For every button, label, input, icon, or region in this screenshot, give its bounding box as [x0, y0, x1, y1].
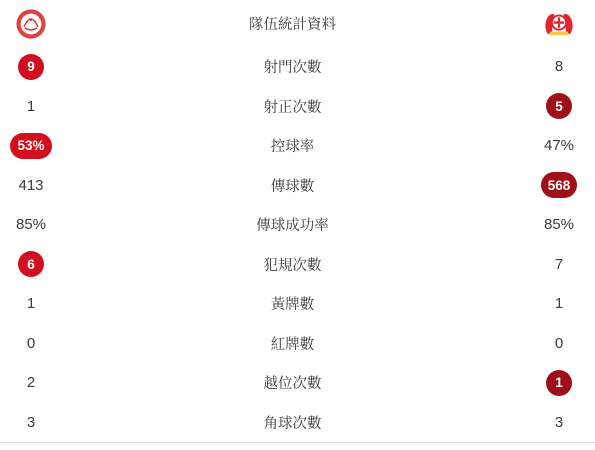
stat-row-passes: 413 傳球數 568 — [0, 166, 595, 206]
stat-label: 射門次數 — [264, 56, 322, 77]
away-value: 3 — [555, 414, 563, 431]
away-team-cell — [523, 8, 595, 39]
home-value: 85% — [16, 216, 46, 233]
away-value: 1 — [546, 370, 572, 396]
home-value: 6 — [18, 251, 44, 277]
away-value: 8 — [555, 58, 563, 75]
stat-label: 傳球成功率 — [256, 214, 329, 235]
stat-label: 射正次數 — [264, 96, 322, 117]
stat-label: 越位次數 — [264, 372, 322, 393]
olympiacos-crest-icon — [15, 8, 47, 40]
stat-row-pass-accuracy: 85% 傳球成功率 85% — [0, 205, 595, 245]
team-stats-widget: 隊伍統計資料 9 射門次數 8 1 射正次數 5 — [0, 0, 595, 450]
stat-label: 控球率 — [271, 135, 315, 156]
stat-row-offsides: 2 越位次數 1 — [0, 363, 595, 403]
leverkusen-crest-icon — [541, 8, 577, 39]
stat-label: 傳球數 — [271, 175, 315, 196]
away-value: 1 — [555, 295, 563, 312]
home-value: 1 — [27, 98, 35, 115]
stats-rows: 9 射門次數 8 1 射正次數 5 53% 控球率 47% 413 傳球數 56… — [0, 47, 595, 442]
stat-row-shots: 9 射門次數 8 — [0, 47, 595, 87]
bottom-divider — [0, 442, 595, 443]
stat-label: 角球次數 — [264, 412, 322, 433]
home-value: 2 — [27, 374, 35, 391]
away-value: 47% — [544, 137, 574, 154]
away-value: 85% — [544, 216, 574, 233]
home-value: 1 — [27, 295, 35, 312]
stat-row-possession: 53% 控球率 47% — [0, 126, 595, 166]
stat-label: 黃牌數 — [271, 293, 315, 314]
stat-row-corners: 3 角球次數 3 — [0, 403, 595, 443]
stats-title-cell: 隊伍統計資料 — [62, 13, 523, 34]
stat-row-shots-on-target: 1 射正次數 5 — [0, 87, 595, 127]
stats-header: 隊伍統計資料 — [0, 0, 595, 47]
home-value: 0 — [27, 335, 35, 352]
stat-label: 犯規次數 — [264, 254, 322, 275]
stat-row-yellow-cards: 1 黃牌數 1 — [0, 284, 595, 324]
stat-row-fouls: 6 犯規次數 7 — [0, 245, 595, 285]
away-value: 5 — [546, 93, 572, 119]
home-value: 3 — [27, 414, 35, 431]
home-value: 9 — [18, 54, 44, 80]
home-value: 413 — [18, 177, 43, 194]
stats-title: 隊伍統計資料 — [249, 13, 336, 34]
home-value: 53% — [10, 133, 51, 159]
away-value: 7 — [555, 256, 563, 273]
home-team-cell — [0, 8, 62, 40]
stat-label: 紅牌數 — [271, 333, 315, 354]
stat-row-red-cards: 0 紅牌數 0 — [0, 324, 595, 364]
away-value: 568 — [541, 172, 578, 198]
away-value: 0 — [555, 335, 563, 352]
